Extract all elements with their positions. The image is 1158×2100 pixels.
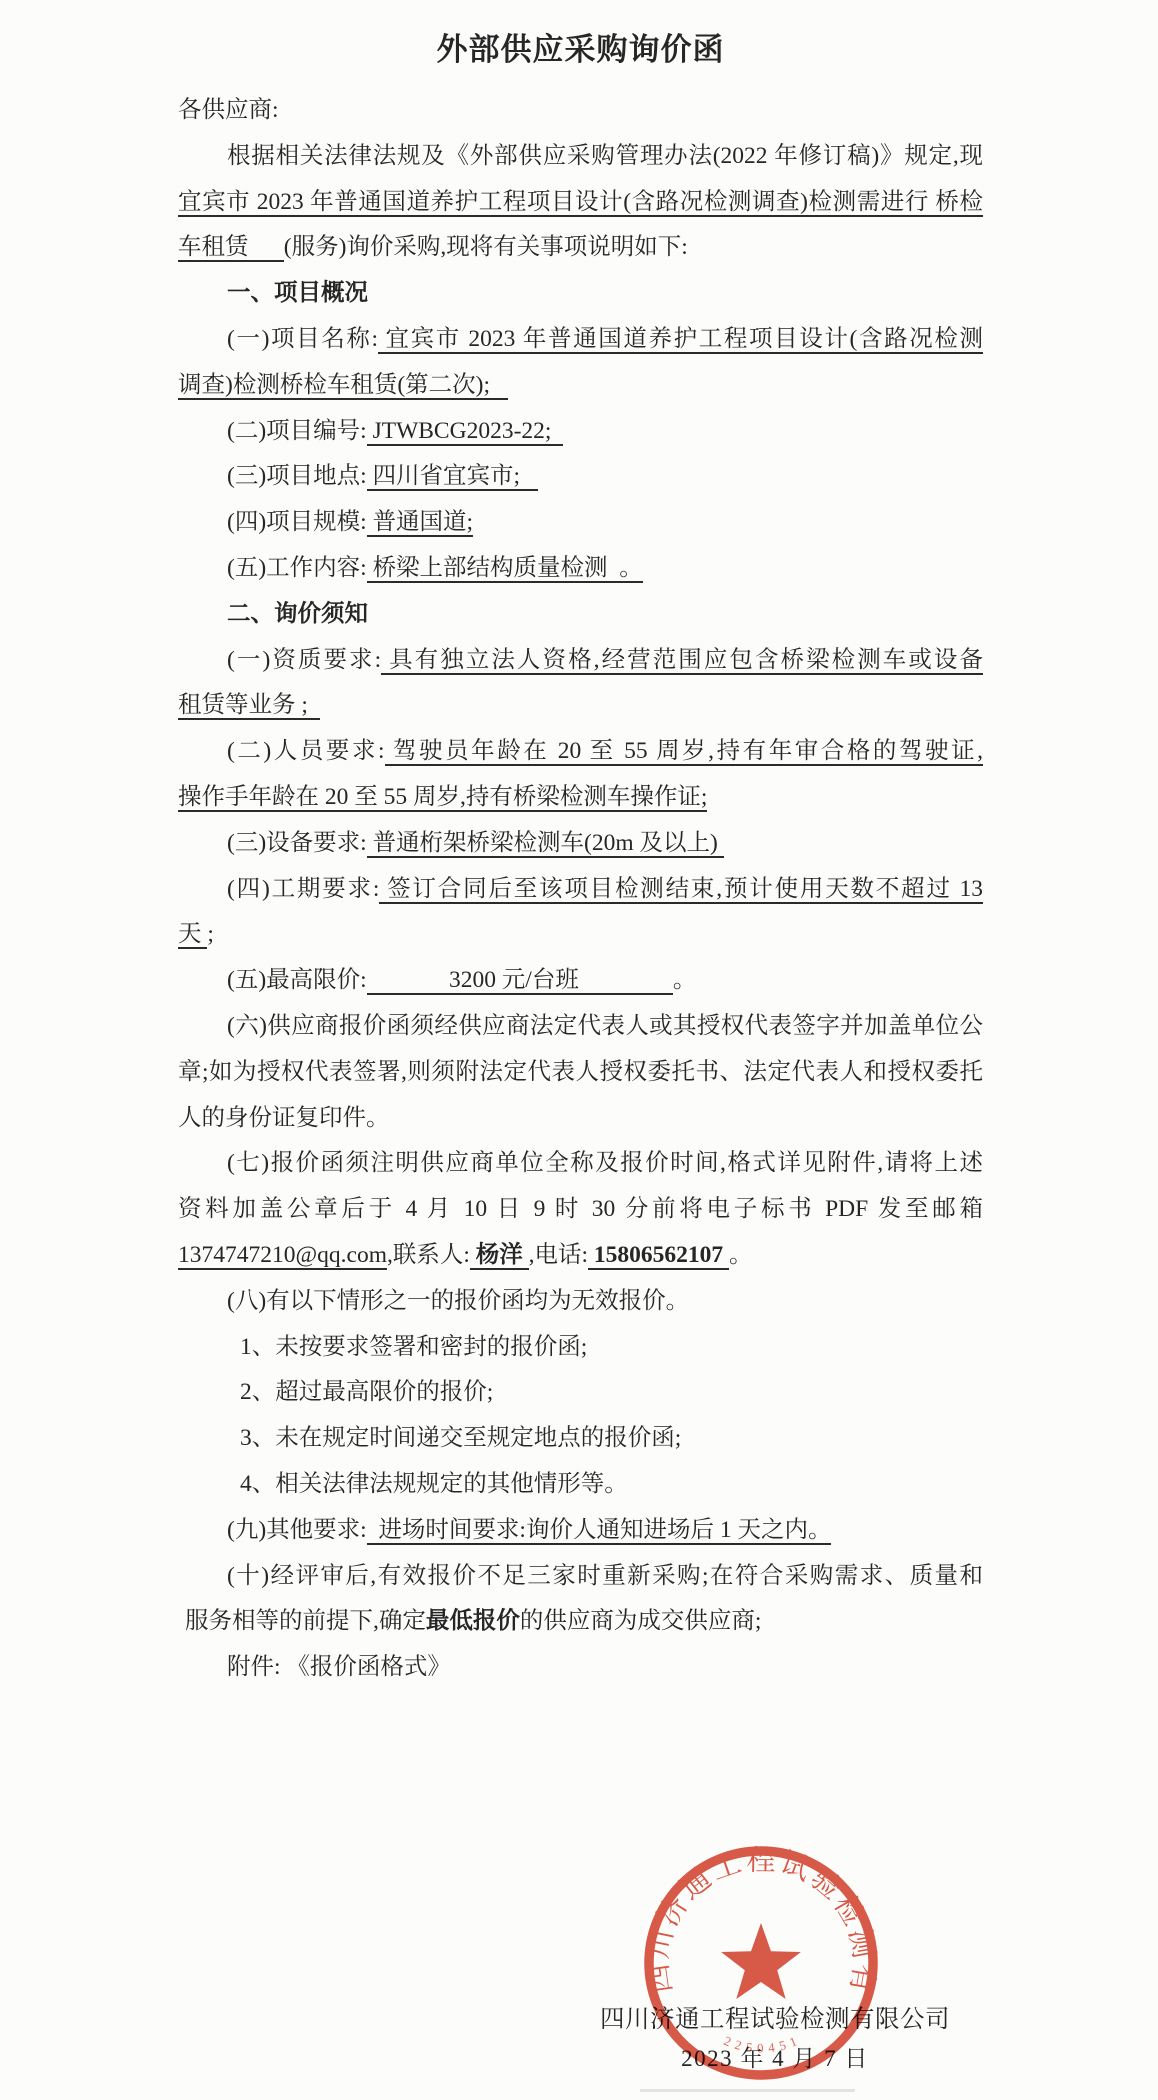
text-segment: 的供应商为成交供应商; — [520, 1608, 762, 1634]
doc-line: 资料加盖公章后于 4 月 10 日 9 时 30 分前将电子标书 PDF 发至邮… — [178, 1187, 983, 1233]
text-segment: (五)最高限价: — [227, 967, 367, 993]
underlined-field: 天 — [178, 921, 207, 949]
underlined-field: 操作手年龄在 20 至 55 周岁,持有桥梁检测车操作证; — [178, 784, 707, 812]
underlined-field: JTWBCG2023-22; — [367, 418, 563, 446]
text-segment: 《报价函格式》 — [281, 1654, 451, 1680]
text-segment: (十)经评审后,有效报价不足三家时重新采购;在符合采购需求、质量和 — [227, 1563, 983, 1589]
text-segment: ,联系人: — [387, 1242, 470, 1268]
doc-line: 操作手年龄在 20 至 55 周岁,持有桥梁检测车操作证; — [178, 775, 983, 821]
text-segment: 各供应商: — [178, 97, 279, 123]
text-segment: (三)项目地点: — [227, 463, 367, 489]
doc-line: 车租赁 (服务)询价采购,现将有关事项说明如下: — [178, 225, 983, 271]
underlined-field: 签订合同后至该项目检测结束,预计使用天数不超过 13 — [379, 876, 983, 904]
doc-line: 二、询价须知 — [178, 592, 983, 638]
text-segment: (二)项目编号: — [227, 418, 367, 444]
text-segment: (六)供应商报价函须经供应商法定代表人或其授权代表签字并加盖单位公 — [227, 1013, 983, 1039]
doc-line: (四)项目规模: 普通国道; — [178, 500, 983, 546]
text-segment: 二、询价须知 — [227, 601, 368, 627]
text-segment: 最低报价 — [426, 1608, 520, 1634]
text-segment: (九)其他要求: — [227, 1517, 367, 1543]
doc-line: 2、超过最高限价的报价; — [178, 1370, 983, 1416]
underlined-field: 驾驶员年龄在 20 至 55 周岁,持有年审合格的驾驶证, — [385, 738, 983, 766]
doc-line: (八)有以下情形之一的报价函均为无效报价。 — [178, 1279, 983, 1325]
doc-line: 1、未按要求签署和密封的报价函; — [178, 1325, 983, 1371]
underlined-field: 四川省宜宾市; — [367, 463, 538, 491]
doc-line: 各供应商: — [178, 88, 983, 134]
text-segment: ; — [207, 921, 214, 947]
doc-line: (十)经评审后,有效报价不足三家时重新采购;在符合采购需求、质量和 — [178, 1554, 983, 1600]
doc-line: 宜宾市 2023 年普通国道养护工程项目设计(含路况检测调查)检测需进行 桥检 — [178, 180, 983, 226]
doc-line: (二)项目编号: JTWBCG2023-22; — [178, 409, 983, 455]
doc-line: 附件: 《报价函格式》 — [178, 1645, 983, 1691]
doc-line: (三)设备要求: 普通桁架桥梁检测车(20m 及以上) — [178, 821, 983, 867]
scan-artifact — [640, 2089, 855, 2092]
doc-line: (六)供应商报价函须经供应商法定代表人或其授权代表签字并加盖单位公 — [178, 1004, 983, 1050]
text-segment: (四)项目规模: — [227, 509, 367, 535]
doc-line: 服务相等的前提下,确定最低报价的供应商为成交供应商; — [178, 1599, 983, 1645]
underlined-field: 租赁等业务 ; — [178, 692, 320, 720]
doc-line: 调查)检测桥检车租赁(第二次); — [178, 363, 983, 409]
underlined-field: 普通桁架桥梁检测车(20m 及以上) — [367, 830, 724, 858]
doc-line: (一)资质要求: 具有独立法人资格,经营范围应包含桥梁检测车或设备 — [178, 638, 983, 684]
doc-line: (四)工期要求: 签订合同后至该项目检测结束,预计使用天数不超过 13 — [178, 867, 983, 913]
text-segment: 1、未按要求签署和密封的报价函; — [240, 1334, 587, 1360]
seal-star-icon — [721, 1923, 801, 1999]
doc-line: (五)最高限价: 3200 元/台班 。 — [178, 958, 983, 1004]
underlined-field: 3200 元/台班 — [367, 967, 673, 995]
doc-line: 1374747210@qq.com,联系人: 杨洋 ,电话: 158065621… — [178, 1233, 983, 1279]
text-segment: (服务)询价采购,现将有关事项说明如下: — [284, 234, 688, 260]
underlined-field: 桥梁上部结构质量检测 。 — [367, 555, 643, 583]
doc-line: (二)人员要求: 驾驶员年龄在 20 至 55 周岁,持有年审合格的驾驶证, — [178, 729, 983, 775]
document-body: 各供应商:根据相关法律法规及《外部供应采购管理办法(2022 年修订稿)》规定,… — [178, 88, 983, 1691]
doc-line: 4、相关法律法规规定的其他情形等。 — [178, 1462, 983, 1508]
doc-line: 天 ; — [178, 912, 983, 958]
text-segment: 。 — [673, 967, 697, 993]
text-segment: 章;如为授权代表签署,则须附法定代表人授权委托书、法定代表人和授权委托 — [178, 1059, 983, 1085]
text-segment: 根据相关法律法规及《外部供应采购管理办法(2022 年修订稿)》规定,现 — [227, 143, 983, 169]
text-segment: 附件: — [227, 1654, 281, 1680]
doc-line: (一)项目名称: 宜宾市 2023 年普通国道养护工程项目设计(含路况检测 — [178, 317, 983, 363]
doc-line: (七)报价函须注明供应商单位全称及报价时间,格式详见附件,请将上述 — [178, 1141, 983, 1187]
doc-line: 一、项目概况 — [178, 271, 983, 317]
text-segment: 4、相关法律法规规定的其他情形等。 — [240, 1471, 628, 1497]
document-page: 外部供应采购询价函 各供应商:根据相关法律法规及《外部供应采购管理办法(2022… — [0, 0, 1158, 2100]
underlined-field: 车租赁 — [178, 234, 284, 262]
underlined-field: 进场时间要求:询价人通知进场后 1 天之内。 — [367, 1517, 832, 1545]
text-segment: 服务相等的前提下,确定 — [185, 1608, 426, 1634]
doc-line: 3、未在规定时间递交至规定地点的报价函; — [178, 1416, 983, 1462]
text-segment: 2、超过最高限价的报价; — [240, 1379, 493, 1405]
underlined-field: 普通国道; — [367, 509, 473, 537]
underlined-field: 1374747210@qq.com — [178, 1242, 387, 1270]
doc-line: (五)工作内容: 桥梁上部结构质量检测 。 — [178, 546, 983, 592]
text-segment: (二)人员要求: — [227, 738, 385, 764]
doc-line: 租赁等业务 ; — [178, 683, 983, 729]
company-seal: 四川济通工程试验检测有限公司 2 2 5 0 4 5 1 2 3 — [640, 1842, 882, 2084]
underlined-field: 杨洋 — [470, 1242, 529, 1270]
underlined-field: 调查)检测桥检车租赁(第二次); — [178, 372, 508, 400]
text-segment: (一)资质要求: — [227, 647, 381, 673]
doc-line: (三)项目地点: 四川省宜宾市; — [178, 454, 983, 500]
text-segment: (四)工期要求: — [227, 876, 379, 902]
text-segment: 。 — [729, 1242, 753, 1268]
text-segment: (八)有以下情形之一的报价函均为无效报价。 — [227, 1288, 689, 1314]
underlined-field: 宜宾市 2023 年普通国道养护工程项目设计(含路况检测 — [378, 326, 983, 354]
text-segment: 3、未在规定时间递交至规定地点的报价函; — [240, 1425, 681, 1451]
doc-line: 章;如为授权代表签署,则须附法定代表人授权委托书、法定代表人和授权委托 — [178, 1050, 983, 1096]
text-segment: 人的身份证复印件。 — [178, 1105, 390, 1131]
doc-line: 人的身份证复印件。 — [178, 1096, 983, 1142]
doc-line: (九)其他要求: 进场时间要求:询价人通知进场后 1 天之内。 — [178, 1508, 983, 1554]
text-segment: 资料加盖公章后于 4 月 10 日 9 时 30 分前将电子标书 PDF 发至邮… — [178, 1196, 983, 1222]
underlined-field: 宜宾市 2023 年普通国道养护工程项目设计(含路况检测调查)检测需进行 桥检 — [178, 189, 983, 217]
doc-line: 根据相关法律法规及《外部供应采购管理办法(2022 年修订稿)》规定,现 — [178, 134, 983, 180]
text-segment: (一)项目名称: — [227, 326, 378, 352]
document-title: 外部供应采购询价函 — [178, 24, 983, 69]
underlined-field: 具有独立法人资格,经营范围应包含桥梁检测车或设备 — [381, 647, 983, 675]
text-segment: ,电话: — [529, 1242, 588, 1268]
text-segment: (七)报价函须注明供应商单位全称及报价时间,格式详见附件,请将上述 — [227, 1150, 983, 1176]
underlined-field: 15806562107 — [588, 1242, 729, 1270]
text-segment: 一、项目概况 — [227, 280, 368, 306]
text-segment: (三)设备要求: — [227, 830, 367, 856]
text-segment: (五)工作内容: — [227, 555, 367, 581]
